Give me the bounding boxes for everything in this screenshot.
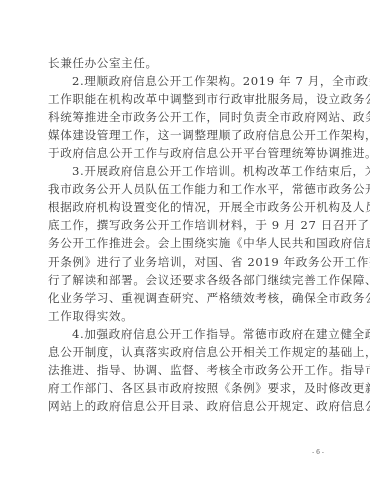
text-line: 息公开制度，认真落实政府信息公开相关工作规定的基础上，依 bbox=[48, 343, 324, 361]
text-line: 2.理顺政府信息公开工作架构。2019 年 7 月，全市政务公开 bbox=[48, 72, 324, 90]
document-page: 长兼任办公室主任。2.理顺政府信息公开工作架构。2019 年 7 月，全市政务公… bbox=[0, 0, 370, 480]
text-line: 府工作部门、各区县市政府按照《条例》要求，及时修改更新其 bbox=[48, 379, 324, 397]
text-line: 工作取得实效。 bbox=[48, 307, 324, 325]
text-line: 我市政务公开人员队伍工作能力和工作水平，常德市政务公开办 bbox=[48, 180, 324, 198]
body-text: 长兼任办公室主任。2.理顺政府信息公开工作架构。2019 年 7 月，全市政务公… bbox=[48, 54, 324, 415]
text-line: 行了解读和部署。会议还要求各级各部门继续完善工作保障、强 bbox=[48, 271, 324, 289]
text-line: 开条例》进行了业务培训，对国、省 2019 年政务公开工作要点进 bbox=[48, 253, 324, 271]
text-line: 工作职能在机构改革中调整到市行政审批服务局，设立政务公开 bbox=[48, 90, 324, 108]
text-line: 于政府信息公开工作与政府信息公开平台管理统筹协调推进。 bbox=[48, 144, 324, 162]
text-line: 4.加强政府信息公开工作指导。常德市政府在建立健全政府信 bbox=[48, 325, 324, 343]
text-line: 务公开工作推进会。会上围绕实施《中华人民共和国政府信息公 bbox=[48, 234, 324, 252]
text-line: 科统筹推进全市政务公开工作，同时负责全市政府网站、政务新 bbox=[48, 108, 324, 126]
text-line: 网站上的政府信息公开目录、政府信息公开规定、政府信息公开 bbox=[48, 397, 324, 415]
text-line: 化业务学习、重视调查研究、严格绩效考核，确保全市政务公开 bbox=[48, 289, 324, 307]
text-line: 法推进、指导、协调、监督、考核全市政务公开工作。指导市政 bbox=[48, 361, 324, 379]
text-line: 根据政府机构设置变化的情况，开展全市政务公开机构及人员摸 bbox=[48, 198, 324, 216]
text-line: 长兼任办公室主任。 bbox=[48, 54, 324, 72]
text-line: 媒体建设管理工作，这一调整理顺了政府信息公开工作架构，便 bbox=[48, 126, 324, 144]
page-number: - 6 - bbox=[304, 449, 332, 456]
text-line: 底工作，撰写政务公开工作培训材料，于 9 月 27 日召开了全市政 bbox=[48, 216, 324, 234]
text-line: 3.开展政府信息公开工作培训。机构改革工作结束后，为提升 bbox=[48, 162, 324, 180]
